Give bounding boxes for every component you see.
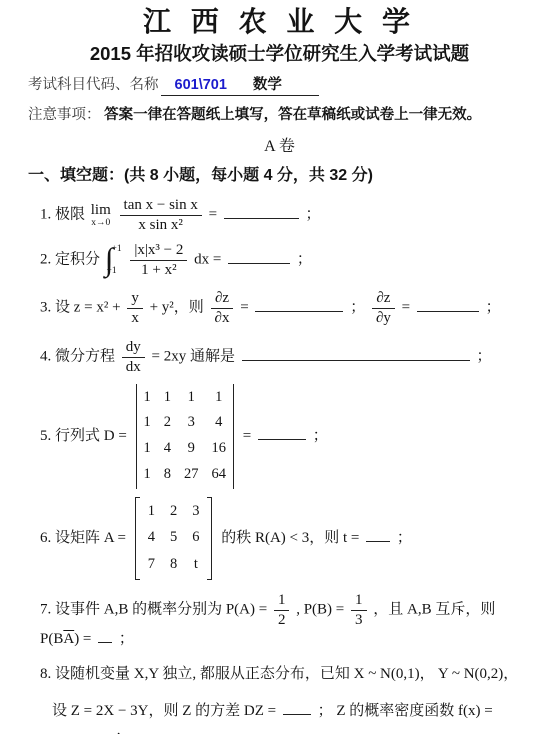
q7-end: ； <box>119 631 134 647</box>
q4-end: ； <box>476 349 491 365</box>
matrix-cell: 6 <box>192 527 199 549</box>
q3-separator: ； <box>350 300 365 316</box>
limit-operator: limx→0 <box>91 203 111 229</box>
question-6: 6. 设矩阵 A = 123 456 78t 的秩 R(A) < 3，则 t =… <box>28 497 531 580</box>
det-cell: 27 <box>184 464 199 486</box>
q1-number: 1. <box>40 207 51 223</box>
matrix-cell: 5 <box>170 527 177 549</box>
q5-prefix: 行列式 D = <box>55 428 127 444</box>
q6-prefix: 设矩阵 A = <box>55 530 126 546</box>
q8-separator: ； <box>318 703 333 719</box>
question-7: 7. 设事件 A,B 的概率分别为 P(A) = 12 , P(B) = 13 … <box>28 592 531 651</box>
integral-lower-limit: −1 <box>107 264 122 278</box>
q1-prefix: 极限 <box>55 207 85 223</box>
question-1: 1. 极限 limx→0 tan x − sin xx sin x² = ； <box>28 197 531 234</box>
subject-blank: 601\701数学 <box>161 73 319 96</box>
question-5: 5. 行列式 D = 1111 1234 14916 182764 = ； <box>28 384 531 489</box>
matrix-3x3: 123 456 78t <box>135 497 213 580</box>
question-8-line2: 设 Z = 2X − 3Y，则 Z 的方差 DZ = ； Z 的概率密度函数 f… <box>28 699 531 734</box>
q7-mid1: , P(B) = <box>296 602 344 618</box>
det-cell: 9 <box>188 438 195 460</box>
q5-number: 5. <box>40 428 51 444</box>
matrix-cell: 4 <box>148 527 155 549</box>
question-3: 3. 设 z = x² + yx + y²，则 ∂z∂x = ； ∂z∂y = … <box>28 290 531 327</box>
q7-prefix: 设事件 A,B 的概率分别为 P(A) = <box>55 602 267 618</box>
matrix-cell: t <box>194 554 198 576</box>
answer-blank <box>228 249 290 263</box>
limit-subscript: x→0 <box>91 219 111 229</box>
det-cell: 1 <box>164 387 171 409</box>
equals-sign: = <box>209 207 217 223</box>
dy-dx-fraction: dydx <box>122 339 145 376</box>
subject-line: 考试科目代码、名称601\701数学 <box>28 73 531 96</box>
notice-text: 答案一律在答题纸上填写，答在草稿纸或试卷上一律无效。 <box>104 107 481 123</box>
subject-name: 数学 <box>253 77 282 93</box>
q4-mid: = 2xy 通解是 <box>152 349 235 365</box>
q3-prefix: 设 z = x² + <box>55 300 121 316</box>
answer-blank <box>224 205 299 219</box>
det-cell: 1 <box>144 412 151 434</box>
q1-fraction: tan x − sin xx sin x² <box>120 197 202 234</box>
det-cell: 1 <box>215 387 222 409</box>
answer-blank <box>366 527 390 541</box>
subject-code: 601\701 <box>175 77 227 93</box>
q3-number: 3. <box>40 300 51 316</box>
q7-number: 7. <box>40 602 51 618</box>
answer-blank <box>255 298 343 312</box>
q6-number: 6. <box>40 530 51 546</box>
answer-blank <box>55 720 110 734</box>
equals-sign: = <box>243 428 251 444</box>
university-title: 江 西 农 业 大 学 <box>28 6 531 38</box>
question-8: 8. 设随机变量 X,Y 独立, 都服从正态分布，已知 X ~ N(0,1)， … <box>28 663 531 686</box>
section-title: 一、填空题：(共 8 小题，每小题 4 分，共 32 分) <box>28 162 531 185</box>
answer-blank <box>283 701 311 715</box>
q8-line2a: 设 Z = 2X − 3Y，则 Z 的方差 DZ = <box>52 703 276 719</box>
det-cell: 64 <box>212 464 227 486</box>
integral-operator: ∫+1−1 <box>105 242 123 278</box>
det-cell: 1 <box>188 387 195 409</box>
det-cell: 1 <box>144 438 151 460</box>
a-bar: A <box>63 631 74 647</box>
q2-number: 2. <box>40 252 51 268</box>
subject-label: 考试科目代码、名称 <box>28 77 159 93</box>
right-bracket <box>207 497 212 580</box>
exam-paper-page: 江 西 农 业 大 学 2015 年招收攻读硕士学位研究生入学考试试题 考试科目… <box>0 0 547 734</box>
volume-label: A 卷 <box>28 133 531 156</box>
q7-close: ) = <box>74 631 91 647</box>
answer-blank <box>417 298 479 312</box>
q8-line1: 设随机变量 X,Y 独立, 都服从正态分布，已知 X ~ N(0,1)， Y ~… <box>55 666 518 682</box>
matrix-cell: 7 <box>148 554 155 576</box>
fraction-one-third: 13 <box>351 592 367 629</box>
q1-end: ； <box>306 207 321 223</box>
det-cell: 3 <box>188 412 195 434</box>
q6-end: ； <box>397 530 412 546</box>
answer-blank <box>242 346 470 360</box>
q2-fraction: |x|x³ − 21 + x² <box>130 242 187 279</box>
q2-end: ； <box>297 252 312 268</box>
integral-upper-limit: +1 <box>112 242 122 256</box>
notice-label: 注意事项： <box>28 107 101 123</box>
q8-line2b: Z 的概率密度函数 f(x) = <box>336 703 492 719</box>
det-cell: 1 <box>144 387 151 409</box>
determinant-4x4: 1111 1234 14916 182764 <box>136 384 235 489</box>
q8-number: 8. <box>40 666 51 682</box>
question-2: 2. 定积分 ∫+1−1 |x|x³ − 21 + x² dx = ； <box>28 242 531 279</box>
q6-mid: 的秩 R(A) < 3，则 t = <box>221 530 359 546</box>
det-cell: 2 <box>164 412 171 434</box>
notice-line: 注意事项： 答案一律在答题纸上填写，答在草稿纸或试卷上一律无效。 <box>28 103 531 124</box>
q2-prefix: 定积分 <box>55 252 100 268</box>
q3-mid: + y²，则 <box>150 300 204 316</box>
q4-prefix: 微分方程 <box>55 349 115 365</box>
question-4: 4. 微分方程 dydx = 2xy 通解是 ； <box>28 339 531 376</box>
partial-dz-dx: ∂z∂x <box>211 290 234 327</box>
fraction-one-half: 12 <box>274 592 290 629</box>
det-cell: 4 <box>215 412 222 434</box>
det-cell: 16 <box>212 438 227 460</box>
partial-dz-dy: ∂z∂y <box>372 290 395 327</box>
q2-dx: dx = <box>194 252 221 268</box>
answer-blank <box>98 629 112 643</box>
matrix-cell: 2 <box>170 501 177 523</box>
det-cell: 4 <box>164 438 171 460</box>
q4-number: 4. <box>40 349 51 365</box>
matrix-cell: 8 <box>170 554 177 576</box>
matrix-cell: 3 <box>192 501 199 523</box>
answer-blank <box>258 425 306 439</box>
matrix-cell: 1 <box>148 501 155 523</box>
exam-subtitle: 2015 年招收攻读硕士学位研究生入学考试试题 <box>28 40 531 66</box>
q5-end: ； <box>313 428 328 444</box>
q3-fraction-yx: yx <box>127 290 143 327</box>
q3-end: ； <box>486 300 501 316</box>
det-cell: 8 <box>164 464 171 486</box>
det-cell: 1 <box>144 464 151 486</box>
q8-end: . <box>117 723 121 734</box>
equals-sign: = <box>402 300 410 316</box>
equals-sign: = <box>240 300 248 316</box>
